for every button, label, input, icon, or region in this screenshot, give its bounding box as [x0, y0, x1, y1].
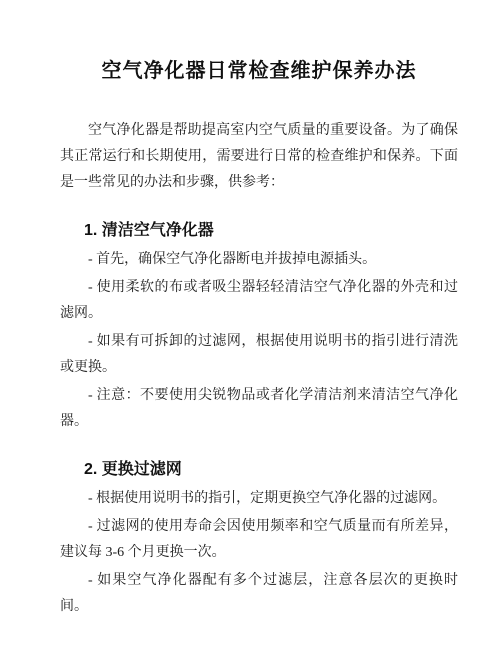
- document-page: 空气净化器日常检查维护保养办法 空气净化器是帮助提高室内空气质量的重要设备。为了…: [0, 0, 502, 649]
- section-2-heading: 2. 更换过滤网: [60, 457, 458, 483]
- list-item: - 注意：不要使用尖锐物品或者化学清洁剂来清洁空气净化器。: [60, 383, 458, 435]
- list-item: - 过滤网的使用寿命会因使用频率和空气质量而有所差异，建议每 3-6 个月更换一…: [60, 514, 458, 566]
- document-title: 空气净化器日常检查维护保养办法: [60, 57, 458, 85]
- intro-paragraph: 空气净化器是帮助提高室内空气质量的重要设备。为了确保其正常运行和长期使用，需要进…: [60, 118, 458, 196]
- list-item: - 如果有可拆卸的过滤网，根据使用说明书的指引进行清洗或更换。: [60, 329, 458, 381]
- section-replace-filter: 2. 更换过滤网 - 根据使用说明书的指引，定期更换空气净化器的过滤网。 - 过…: [60, 457, 458, 620]
- list-item: - 如果空气净化器配有多个过滤层，注意各层次的更换时间。: [60, 568, 458, 620]
- section-clean-purifier: 1. 清洁空气净化器 - 首先，确保空气净化器断电并拔掉电源插头。 - 使用柔软…: [60, 218, 458, 435]
- list-item: - 使用柔软的布或者吸尘器轻轻清洁空气净化器的外壳和过滤网。: [60, 275, 458, 327]
- list-item: - 首先，确保空气净化器断电并拔掉电源插头。: [60, 247, 458, 273]
- list-item: - 根据使用说明书的指引，定期更换空气净化器的过滤网。: [60, 486, 458, 512]
- section-1-heading: 1. 清洁空气净化器: [60, 218, 458, 244]
